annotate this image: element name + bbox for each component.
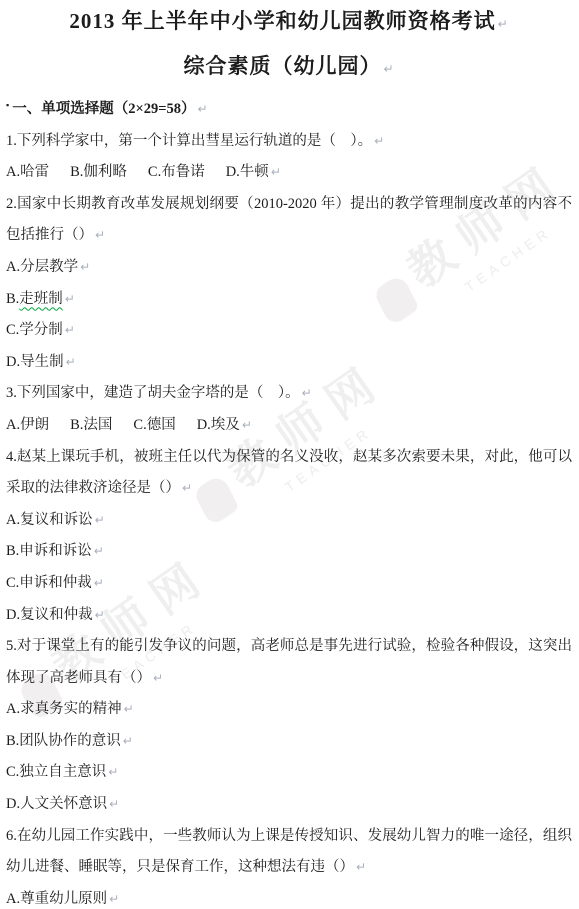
q3-option-d: D.埃及 [197, 417, 240, 433]
q2-option-c: C.学分制↵ [6, 315, 572, 347]
page-title-line2: 综合素质（幼儿园）↵ [6, 45, 572, 90]
paragraph-mark: ↵ [94, 576, 104, 590]
paragraph-mark: ↵ [95, 608, 105, 622]
q3-option-a: A.伊朗 [6, 417, 49, 433]
q5-option-c: C.独立自主意识↵ [6, 757, 572, 789]
paragraph-mark: ↵ [109, 892, 119, 906]
q2-option-d: D.导生制↵ [6, 347, 572, 379]
paragraph-mark: ↵ [197, 102, 207, 116]
paragraph-mark: ↵ [153, 671, 163, 685]
q6-option-a: A.尊重幼儿原则↵ [6, 884, 572, 909]
q1-option-d: D.牛顿 [226, 164, 269, 180]
q1-option-b: B.伽利略 [70, 164, 127, 180]
q1-option-c: C.布鲁诺 [148, 164, 205, 180]
q1-option-a: A.哈雷 [6, 164, 49, 180]
q3-option-b: B.法国 [70, 417, 112, 433]
paragraph-mark: ↵ [356, 860, 366, 874]
paragraph-mark: ↵ [109, 797, 119, 811]
q4-option-c: C.申诉和仲裁↵ [6, 568, 572, 600]
section-heading-text: 一、单项选择题（2×29=58） [12, 101, 195, 117]
section-heading: ▪一、单项选择题（2×29=58）↵ [6, 90, 572, 126]
q4-option-d: D.复议和仲裁↵ [6, 600, 572, 632]
exam-document-page: 教师网 TEACHER 教师网 TEACHER 教师网 TEACHER 2013… [0, 0, 579, 909]
paragraph-mark: ↵ [65, 323, 75, 337]
paragraph-mark: ↵ [80, 260, 90, 274]
paragraph-mark: ↵ [498, 17, 509, 31]
paragraph-mark: ↵ [95, 228, 105, 242]
q2-option-b: B.走班制↵ [6, 284, 572, 316]
question-3-text: 3.下列国家中，建造了胡夫金字塔的是（ ）。↵ [6, 378, 572, 410]
paragraph-mark: ↵ [182, 481, 192, 495]
paragraph-mark: ↵ [271, 165, 281, 179]
paragraph-mark: ↵ [242, 418, 252, 432]
question-1-options: A.哈雷B.伽利略C.布鲁诺D.牛顿↵ [6, 157, 572, 189]
paragraph-mark: ↵ [123, 734, 133, 748]
paragraph-mark: ↵ [383, 62, 394, 76]
q5-option-d: D.人文关怀意识↵ [6, 789, 572, 821]
paragraph-mark: ↵ [374, 134, 384, 148]
q3-option-c: C.德国 [133, 417, 175, 433]
paragraph-mark: ↵ [66, 355, 76, 369]
document-content: 2013 年上半年中小学和幼儿园教师资格考试↵ 综合素质（幼儿园）↵ ▪一、单项… [0, 0, 579, 909]
paragraph-mark: ↵ [94, 544, 104, 558]
question-1-text: 1.下列科学家中，第一个计算出彗星运行轨道的是（ ）。↵ [6, 126, 572, 158]
question-3-options: A.伊朗B.法国C.德国D.埃及↵ [6, 410, 572, 442]
title-text: 综合素质（幼儿园） [183, 54, 381, 78]
q5-option-a: A.求真务实的精神↵ [6, 694, 572, 726]
paragraph-mark: ↵ [302, 386, 312, 400]
title-text: 2013 年上半年中小学和幼儿园教师资格考试 [69, 9, 495, 33]
paragraph-mark: ↵ [108, 765, 118, 779]
question-2-text: 2.国家中长期教育改革发展规划纲要（2010-2020 年）提出的教学管理制度改… [6, 189, 572, 252]
q2-option-a: A.分层教学↵ [6, 252, 572, 284]
paragraph-mark: ↵ [95, 513, 105, 527]
paragraph-mark: ↵ [65, 292, 75, 306]
q4-option-b: B.申诉和诉讼↵ [6, 536, 572, 568]
q4-option-a: A.复议和诉讼↵ [6, 505, 572, 537]
spellcheck-underlined-word: 走班制 [19, 291, 63, 307]
page-title-line1: 2013 年上半年中小学和幼儿园教师资格考试↵ [6, 0, 572, 45]
q5-option-b: B.团队协作的意识↵ [6, 726, 572, 758]
question-6-text: 6.在幼儿园工作实践中，一些教师认为上课是传授知识、发展幼儿智力的唯一途径，组织… [6, 821, 572, 884]
question-4-text: 4.赵某上课玩手机，被班主任以代为保管的名义没收，赵某多次索要未果，对此，他可以… [6, 442, 572, 505]
paragraph-mark: ↵ [124, 702, 134, 716]
heading-bullet-icon: ▪ [6, 100, 9, 110]
question-5-text: 5.对于课堂上有的能引发争议的问题，高老师总是事先进行试验，检验各种假设，这突出… [6, 631, 572, 694]
